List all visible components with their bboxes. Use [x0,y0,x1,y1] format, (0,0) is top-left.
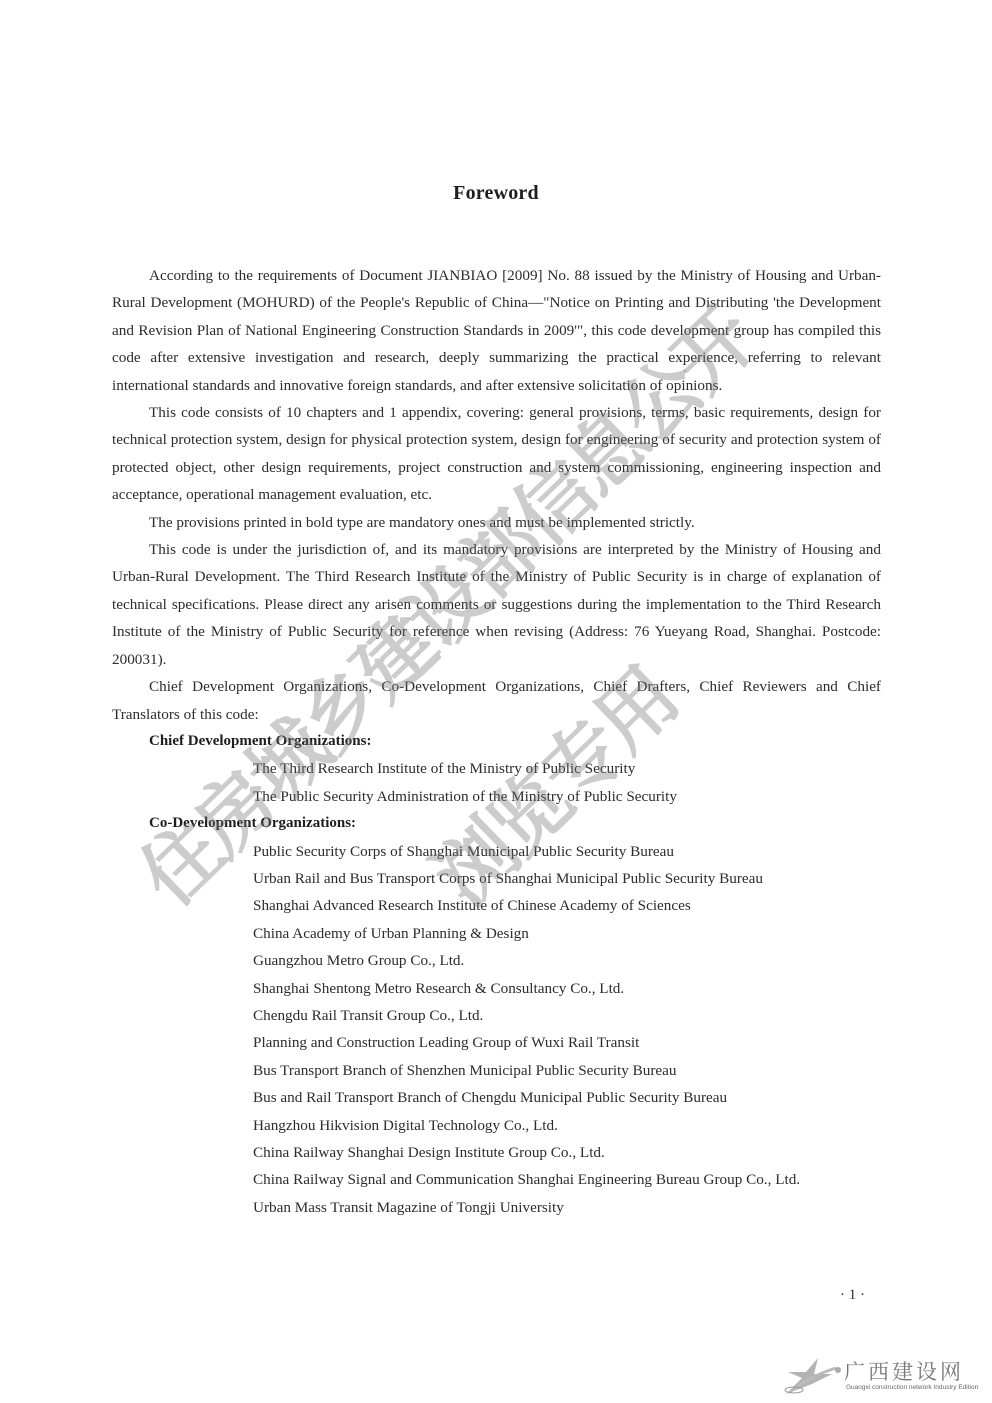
paragraph: The provisions printed in bold type are … [112,509,881,536]
list-item: Shanghai Advanced Research Institute of … [112,892,881,919]
list-item: China Railway Signal and Communication S… [112,1166,881,1193]
logo-name-en: Guangxi construction network Industry Ed… [846,1384,978,1391]
list-item: Planning and Construction Leading Group … [112,1029,881,1056]
list-item: Urban Mass Transit Magazine of Tongji Un… [112,1194,881,1221]
list-item: The Third Research Institute of the Mini… [112,755,881,782]
paragraph: This code is under the jurisdiction of, … [112,536,881,673]
list-item: Urban Rail and Bus Transport Corps of Sh… [112,865,881,892]
chief-development-list: The Third Research Institute of the Mini… [112,755,881,810]
star-logo-icon [782,1356,842,1401]
page-number: · 1 · [840,1287,865,1304]
list-item: Chengdu Rail Transit Group Co., Ltd. [112,1002,881,1029]
list-item: China Railway Shanghai Design Institute … [112,1139,881,1166]
list-item: Hangzhou Hikvision Digital Technology Co… [112,1112,881,1139]
document-page: Foreword According to the requirements o… [0,0,992,1403]
list-item: Guangzhou Metro Group Co., Ltd. [112,947,881,974]
list-item: The Public Security Administration of th… [112,783,881,810]
paragraph: This code consists of 10 chapters and 1 … [112,399,881,509]
co-development-list: Public Security Corps of Shanghai Munici… [112,838,881,1222]
logo-name-cn: 广西建设网 [844,1356,964,1386]
page-title: Foreword [0,182,992,205]
site-logo: 广西建设网 Guangxi construction network Indus… [782,1356,987,1396]
list-item: Public Security Corps of Shanghai Munici… [112,838,881,865]
paragraph: Chief Development Organizations, Co-Deve… [112,673,881,728]
list-item: Bus Transport Branch of Shenzhen Municip… [112,1057,881,1084]
list-item: China Academy of Urban Planning & Design [112,920,881,947]
document-body: According to the requirements of Documen… [112,262,881,1221]
list-item: Shanghai Shentong Metro Research & Consu… [112,975,881,1002]
paragraph: According to the requirements of Documen… [112,262,881,399]
chief-development-heading: Chief Development Organizations: [112,728,881,755]
co-development-heading: Co-Development Organizations: [112,810,881,837]
list-item: Bus and Rail Transport Branch of Chengdu… [112,1084,881,1111]
